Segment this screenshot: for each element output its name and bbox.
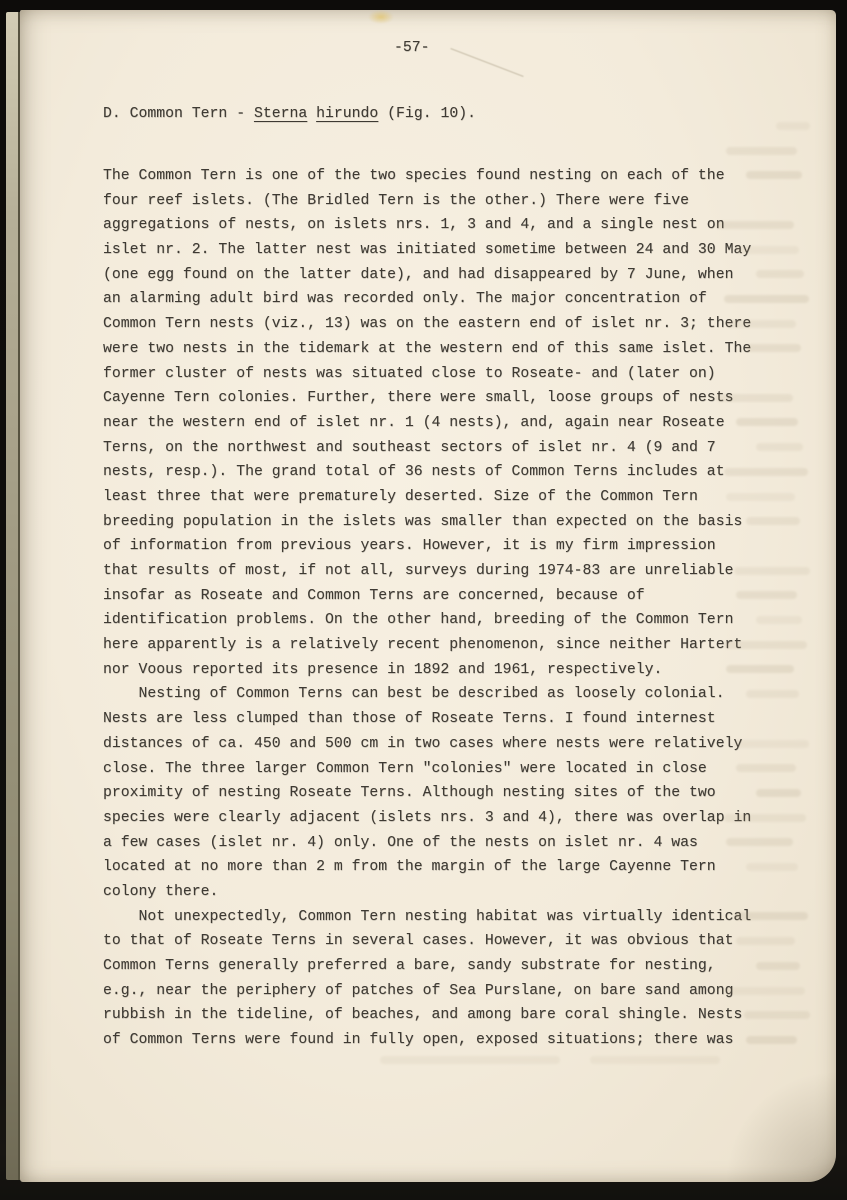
text-line: a few cases (islet nr. 4) only. One of t… [103,831,793,856]
page-body-text: The Common Tern is one of the two specie… [103,164,793,1053]
text-line: breeding population in the islets was sm… [103,510,793,535]
text-line: identification problems. On the other ha… [103,608,793,633]
text-line: that results of most, if not all, survey… [103,559,793,584]
bleedthrough-mark [736,591,797,599]
text-line: aggregations of nests, on islets nrs. 1,… [103,213,793,238]
bleedthrough-mark [716,394,793,402]
paragraph: Not unexpectedly, Common Tern nesting ha… [103,905,793,1053]
bleedthrough-mark [726,665,794,673]
bleedthrough-mark [746,863,798,871]
text-line: The Common Tern is one of the two specie… [103,164,793,189]
bleedthrough-mark [746,171,802,179]
section-heading: D. Common Tern - Sterna hirundo (Fig. 10… [103,106,476,122]
bleedthrough-mark [724,295,809,303]
book-page-edges [6,12,20,1180]
text-line: of Common Terns were found in fully open… [103,1028,793,1053]
text-line: former cluster of nests was situated clo… [103,362,793,387]
heading-text: D. Common Tern - [103,106,254,122]
bleedthrough-mark [734,740,809,748]
bleedthrough-mark [736,246,799,254]
text-line: to that of Roseate Terns in several case… [103,929,793,954]
text-line: proximity of nesting Roseate Terns. Alth… [103,781,793,806]
text-line: e.g., near the periphery of patches of S… [103,979,793,1004]
bleedthrough-mark [756,962,800,970]
bleedthrough-mark [716,221,794,229]
bleedthrough-mark [756,443,803,451]
text-line: insofar as Roseate and Common Terns are … [103,584,793,609]
text-line: an alarming adult bird was recorded only… [103,287,793,312]
text-line: rubbish in the tideline, of beaches, and… [103,1003,793,1028]
text-line: Cayenne Tern colonies. Further, there we… [103,386,793,411]
paper-scratch [450,48,523,77]
bleedthrough-mark [756,270,804,278]
bleedthrough-mark [744,1011,810,1019]
text-line: Not unexpectedly, Common Tern nesting ha… [103,905,793,930]
species-name-underlined: Sterna [254,106,307,122]
bleedthrough-mark [724,641,807,649]
text-line: were two nests in the tidemark at the we… [103,337,793,362]
bleedthrough-mark [736,418,798,426]
text-line: Common Tern nests (viz., 13) was on the … [103,312,793,337]
text-line: close. The three larger Common Tern "col… [103,757,793,782]
species-name-underlined: hirundo [316,106,378,122]
text-line: least three that were prematurely desert… [103,485,793,510]
text-line: located at no more than 2 m from the mar… [103,855,793,880]
paragraph: Nesting of Common Terns can best be desc… [103,682,793,904]
bleedthrough-mark [746,517,800,525]
text-line: here apparently is a relatively recent p… [103,633,793,658]
text-line: colony there. [103,880,793,905]
text-line: distances of ca. 450 and 500 cm in two c… [103,732,793,757]
bleedthrough-mark [726,838,793,846]
page-number: -57- [394,40,430,56]
bleedthrough-mark [736,764,796,772]
bleedthrough-mark [726,320,796,328]
text-line: nor Voous reported its presence in 1892 … [103,658,793,683]
text-line: islet nr. 2. The latter nest was initiat… [103,238,793,263]
bleedthrough-mark [756,789,801,797]
text-line: nests, resp.). The grand total of 36 nes… [103,460,793,485]
text-line: of information from previous years. Howe… [103,534,793,559]
heading-text [307,106,316,122]
bleedthrough-mark [590,1056,720,1064]
paper-stain [368,10,394,24]
bleedthrough-mark [724,468,808,476]
bleedthrough-mark [724,814,806,822]
bleedthrough-mark [746,690,799,698]
bleedthrough-mark [736,937,795,945]
bleedthrough-mark [380,1056,560,1064]
bleedthrough-mark [756,616,802,624]
text-line: Nests are less clumped than those of Ros… [103,707,793,732]
text-line: (one egg found on the latter date), and … [103,263,793,288]
scanned-page: -57- D. Common Tern - Sterna hirundo (Fi… [20,10,836,1182]
bleedthrough-mark [776,122,810,130]
bleedthrough-mark [724,987,805,995]
paragraph: The Common Tern is one of the two specie… [103,164,793,682]
bleedthrough-mark [726,147,797,155]
page-corner-shadow [716,1062,836,1182]
text-line: species were clearly adjacent (islets nr… [103,806,793,831]
text-line: Terns, on the northwest and southeast se… [103,436,793,461]
text-line: four reef islets. (The Bridled Tern is t… [103,189,793,214]
bleedthrough-mark [746,1036,797,1044]
text-line: near the western end of islet nr. 1 (4 n… [103,411,793,436]
text-line: Nesting of Common Terns can best be desc… [103,682,793,707]
text-line: Common Terns generally preferred a bare,… [103,954,793,979]
heading-text: (Fig. 10). [378,106,476,122]
bleedthrough-mark [734,912,808,920]
bleedthrough-mark [734,567,810,575]
bleedthrough-mark [746,344,801,352]
bleedthrough-mark [726,493,795,501]
scanner-background: -57- D. Common Tern - Sterna hirundo (Fi… [0,0,847,1200]
